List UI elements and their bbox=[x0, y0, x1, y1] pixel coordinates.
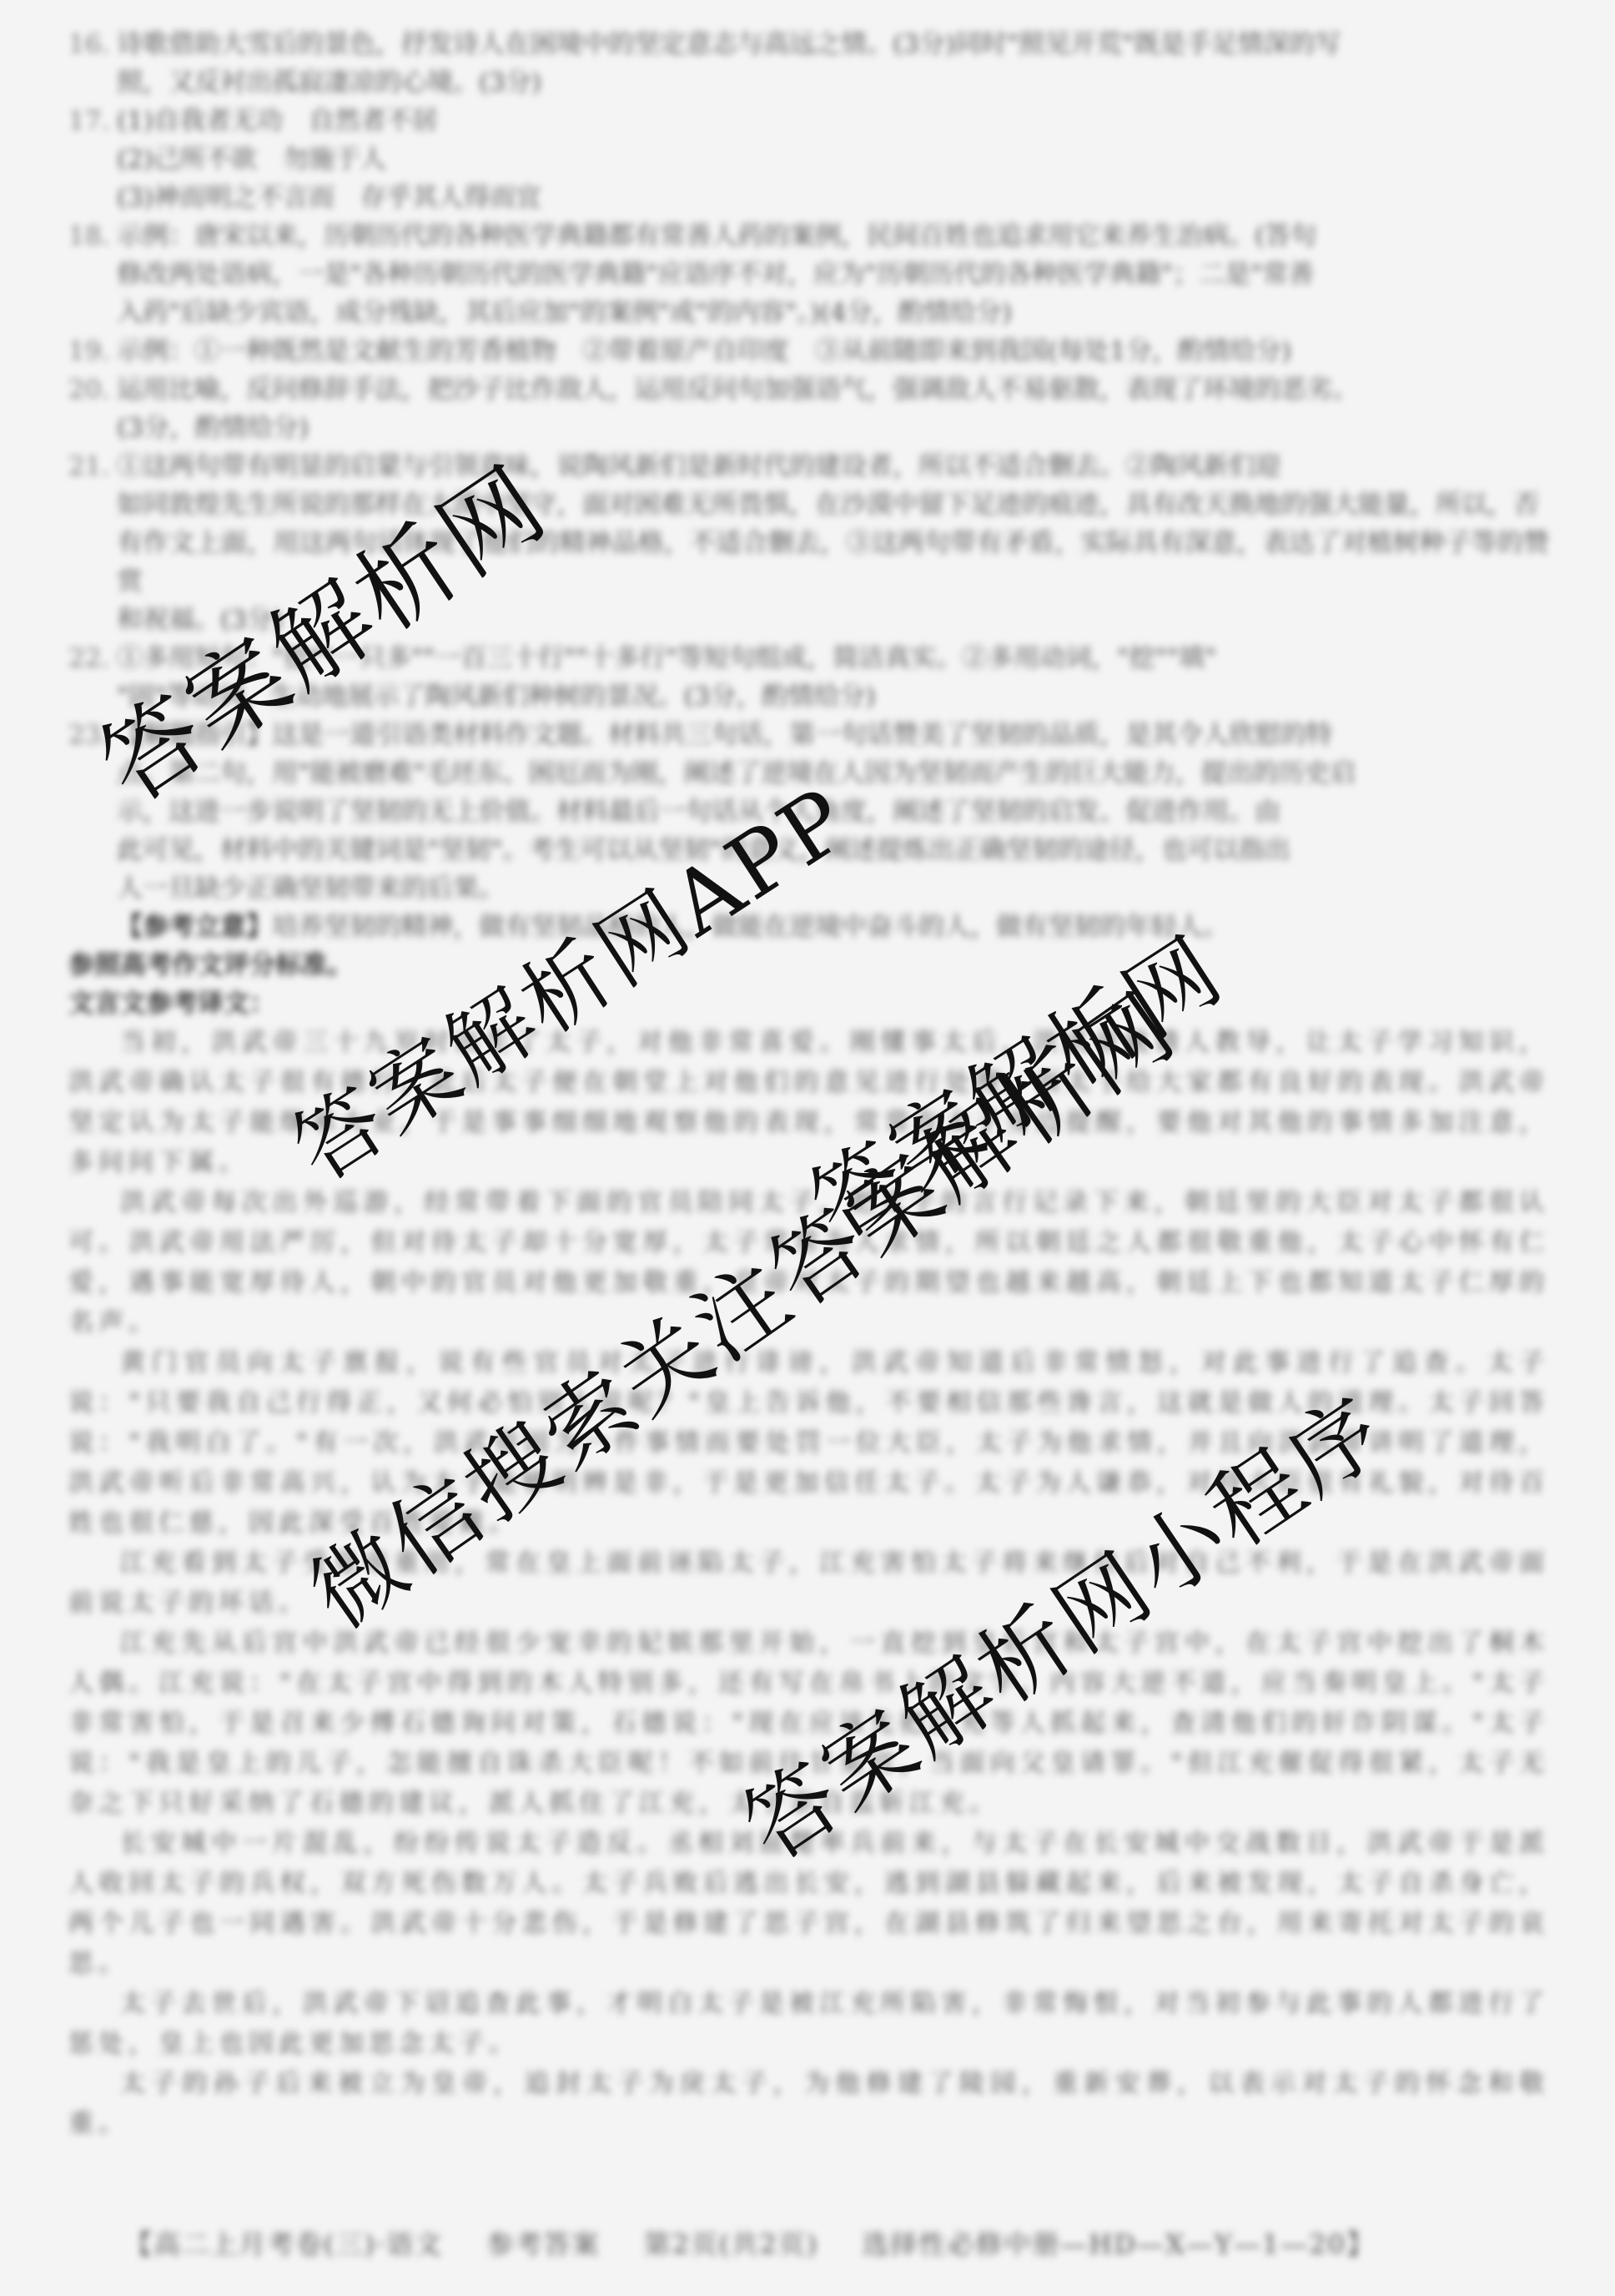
answer-line: (3分，酌情给分) bbox=[68, 409, 1549, 447]
answer-text: 如同敦煌先生所说的那样在大漠中坚守，面对困难无所畏惧，在沙漠中留下足迹的痕迹，具… bbox=[117, 486, 1549, 524]
answer-number: 18. bbox=[68, 217, 117, 255]
answer-text: 人一旦缺少正确坚韧带来的后果。 bbox=[117, 869, 1549, 908]
answer-number bbox=[68, 869, 117, 908]
answer-text: 修改两处语病，一是"各种历朝历代的医学典籍"应语序不对，应为"历朝历代的各种医学… bbox=[117, 255, 1549, 294]
answer-subline: (3)神而明之不言而 存乎其人得而宜 bbox=[68, 179, 1549, 217]
translation-paragraph: 江充看到太子受皇帝重用，常在皇上面前诬陷太子，江充害怕太子将来继位后对自己不利，… bbox=[68, 1543, 1549, 1624]
reference-tag: 【参考立意】 bbox=[117, 912, 272, 942]
answer-number bbox=[68, 793, 117, 831]
answer-text: 示例：①一种既然是文献生的芳香植物 ②带着原产自印度 ③从前随即来到我国(每处1… bbox=[117, 332, 1549, 370]
answer-subline: (2)己所不欲 勿施于人 bbox=[68, 140, 1549, 179]
answer-number: 22. bbox=[68, 639, 117, 677]
answer-number bbox=[68, 601, 117, 639]
document-page: 16.诗歌借助大雪后的景色，抒发诗人在困境中的坚定意志与高远之情。(3分)同时"… bbox=[0, 0, 1615, 2296]
answer-text: (1)自我者无功 自然者不居 bbox=[117, 102, 1549, 140]
answer-number: 16. bbox=[68, 25, 117, 63]
answer-text: 诗歌借助大雪后的景色，抒发诗人在困境中的坚定意志与高远之情。(3分)同时"照见开… bbox=[117, 25, 1549, 63]
answer-number: 21. bbox=[68, 447, 117, 486]
answer-line: 如同敦煌先生所说的那样在大漠中坚守，面对困难无所畏惧，在沙漠中留下足迹的痕迹，具… bbox=[68, 486, 1549, 524]
answer-text: 运用比喻，反问修辞手法，把沙子比作敌人，运用反问句加强语气，强调敌人不易驱散，表… bbox=[117, 370, 1549, 409]
answer-number: 20. bbox=[68, 370, 117, 409]
answer-number bbox=[68, 294, 117, 332]
page-footer: 【高二上月考卷(三)·语文 参考答案 第2页(共2页) 选择性必修中册—HD—X… bbox=[125, 2223, 1502, 2262]
answer-number bbox=[68, 409, 117, 447]
answer-number bbox=[68, 255, 117, 294]
answer-line: 20.运用比喻，反问修辞手法，把沙子比作敌人，运用反问句加强语气，强调敌人不易驱… bbox=[68, 370, 1549, 409]
footer-page-number: 第2页(共2页) bbox=[644, 2228, 819, 2260]
answer-line: 照，又反衬出孤寂凄凉的心境。(3分) bbox=[68, 63, 1549, 102]
answer-number bbox=[68, 63, 117, 102]
answer-text: 【解题指引】这是一道引语类材料作文题。材料共三句话，第一句话赞美了坚韧的品质，是… bbox=[117, 716, 1549, 754]
answer-text: 点。第二句，用"能被磨难"毛坯东、困厄而为刚，阐述了逆境在人因为坚韧而产生的巨大… bbox=[117, 754, 1549, 793]
answer-text: (3分，酌情给分) bbox=[117, 409, 1549, 447]
footer-paper-title: 【高二上月考卷(三)·语文 bbox=[125, 2228, 443, 2260]
answer-line: 16.诗歌借助大雪后的景色，抒发诗人在困境中的坚定意志与高远之情。(3分)同时"… bbox=[68, 25, 1549, 63]
answer-number bbox=[68, 524, 117, 601]
footer-code: 选择性必修中册—HD—X—Y—1—20】 bbox=[862, 2228, 1375, 2260]
answer-text: ①这两句带有明显的启蒙与引领意味，说陶风新们是新时代的建设者，所以不适合删去。②… bbox=[117, 447, 1549, 486]
answer-number bbox=[68, 831, 117, 869]
answer-text: 示例：唐宋以来，历朝历代的各种医学典籍都有常善人药的案例，民间百姓也追求用它来养… bbox=[117, 217, 1549, 255]
answer-line: 修改两处语病，一是"各种历朝历代的医学典籍"应语序不对，应为"历朝历代的各种医学… bbox=[68, 255, 1549, 294]
answer-text: 照，又反衬出孤寂凄凉的心境。(3分) bbox=[117, 63, 1549, 102]
answer-line: 21.①这两句带有明显的启蒙与引领意味，说陶风新们是新时代的建设者，所以不适合删… bbox=[68, 447, 1549, 486]
answer-number: 17. bbox=[68, 102, 117, 140]
answer-line: 入药"后缺少宾语，成分残缺，其后应加"的案例"或"的内容"。)(4分，酌情给分) bbox=[68, 294, 1549, 332]
translation-paragraph: 太子的孙子后来被立为皇帝，追封太子为戾太子，为他修建了陵园，重新安葬，以表示对太… bbox=[68, 2064, 1549, 2144]
heading-scoring: 参照高考作文评分标准。 bbox=[68, 946, 1549, 984]
reference-theme: 【参考立意】培养坚韧的精神，做有坚韧品格的人，做能在逆境中奋斗的人，做有坚韧的年… bbox=[68, 908, 1549, 946]
translation-paragraph: 当初，洪武帝三十九岁时出生了太子，对他非常喜爱。刚懂事太后，洪武帝就请人教导，让… bbox=[68, 1023, 1549, 1183]
answer-line: 18.示例：唐宋以来，历朝历代的各种医学典籍都有常善人药的案例，民间百姓也追求用… bbox=[68, 217, 1549, 255]
translation-paragraph: 太子去世后，洪武帝下诏追查此事，才明白太子是被江充所陷害，非常悔恨，对当初参与此… bbox=[68, 1984, 1549, 2064]
answer-text: 入药"后缺少宾语，成分残缺，其后应加"的案例"或"的内容"。)(4分，酌情给分) bbox=[117, 294, 1549, 332]
answer-number bbox=[68, 486, 117, 524]
footer-doc-type: 参考答案 bbox=[486, 2228, 600, 2260]
answer-line: 19.示例：①一种既然是文献生的芳香植物 ②带着原产自印度 ③从前随即来到我国(… bbox=[68, 332, 1549, 370]
answer-line: 17.(1)自我者无功 自然者不居 bbox=[68, 102, 1549, 140]
heading-translation: 文言文参考译文： bbox=[68, 984, 1549, 1023]
answer-number: 19. bbox=[68, 332, 117, 370]
